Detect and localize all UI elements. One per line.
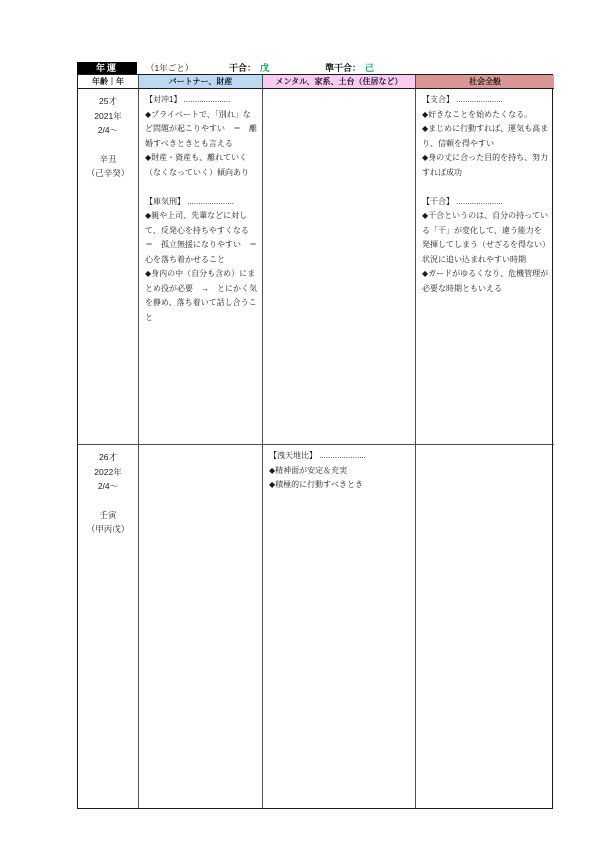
age-cell: 26才 2022年 2/4～ 壬寅 （甲丙戊） — [78, 445, 139, 808]
partner-cell — [139, 445, 263, 808]
junkango-label: 準干合： — [325, 63, 361, 73]
kanshi-label: 壬寅 — [78, 508, 138, 523]
kango-label: 干合： — [229, 63, 256, 73]
partner-cell: 【対冲1】 ..................... ◆プライベートで、「別れ… — [139, 89, 263, 445]
junkango-value: 己 — [365, 63, 374, 73]
topbar: 年運 （1年ごと） 干合：戊 準干合：己 — [77, 62, 553, 74]
hidden-stems-label: （己辛癸） — [78, 166, 138, 181]
section-title-yearly-fortune: 年運 — [77, 62, 137, 74]
hidden-stems-label: （甲丙戊） — [78, 522, 138, 537]
spacer — [78, 138, 138, 152]
society-cell — [416, 445, 554, 808]
kango-value: 戊 — [260, 63, 269, 73]
kanshi-label: 辛丑 — [78, 152, 138, 167]
column-header-mental: メンタル、家系、土台（住居など） — [263, 75, 416, 89]
start-date-label: 2/4～ — [78, 123, 138, 138]
age-label: 26才 — [78, 450, 138, 465]
column-header-age: 年齢｜年 — [78, 75, 139, 89]
spacer — [78, 494, 138, 508]
age-label: 25才 — [78, 94, 138, 109]
column-header-society: 社会全般 — [416, 75, 554, 89]
kango-pair: 干合：戊 — [229, 62, 269, 74]
year-label: 2022年 — [78, 465, 138, 480]
column-header-partner: パートナー、財産 — [139, 75, 263, 89]
society-cell: 【支合】 ..................... ◆好きなことを始めたくなる… — [416, 89, 554, 445]
year-label: 2021年 — [78, 109, 138, 124]
yearly-fortune-sheet: 年運 （1年ごと） 干合：戊 準干合：己 年齢｜年 パートナー、財産 メンタル、… — [77, 62, 553, 74]
fortune-table: 年齢｜年 パートナー、財産 メンタル、家系、土台（住居など） 社会全般 25才 … — [77, 74, 553, 809]
mental-cell: 【洩天地比】 ..................... ◆精神面が安定＆充実 … — [263, 445, 416, 808]
junkango-pair: 準干合：己 — [325, 62, 374, 74]
start-date-label: 2/4～ — [78, 479, 138, 494]
mental-cell — [263, 89, 416, 445]
section-subtitle: （1年ごと） — [146, 62, 193, 74]
age-cell: 25才 2021年 2/4～ 辛丑 （己辛癸） — [78, 89, 139, 445]
